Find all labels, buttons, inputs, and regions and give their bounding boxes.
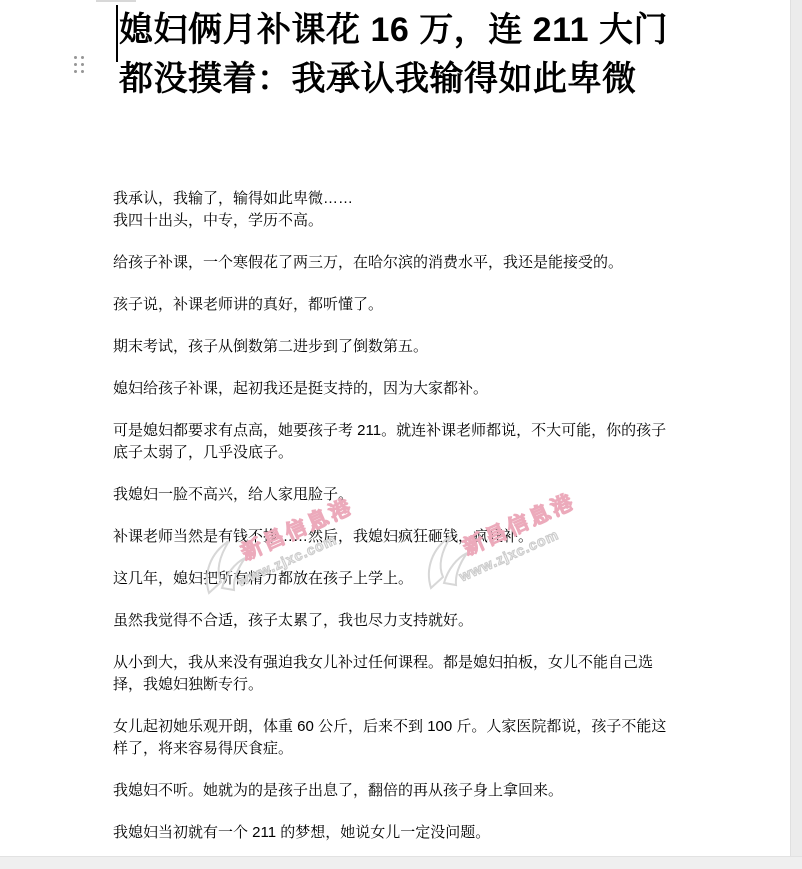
paragraph-line: 我承认，我输了，输得如此卑微…… [113, 190, 353, 207]
drag-handle-dot [81, 70, 84, 73]
paragraph-line: 期末考试，孩子从倒数第二进步到了倒数第五。 [113, 338, 428, 355]
vertical-scrollbar[interactable] [790, 0, 802, 857]
paragraph-line: 可是媳妇都要求有点高，她要孩子考 211。就连补课老师都说，不大可能，你的孩子底… [113, 422, 666, 461]
paragraph[interactable]: 媳妇给孩子补课，起初我还是挺支持的，因为大家都补。 [113, 378, 675, 400]
paragraph[interactable]: 我承认，我输了，输得如此卑微……我四十出头，中专，学历不高。 [113, 188, 675, 232]
drag-handle-icon[interactable] [74, 56, 86, 76]
paragraph-line: 女儿起初她乐观开朗，体重 60 公斤，后来不到 100 斤。人家医院都说，孩子不… [113, 718, 666, 757]
paragraph[interactable]: 补课老师当然是有钱不挣……然后，我媳妇疯狂砸钱，疯狂补。 [113, 526, 675, 548]
paragraph-line: 我媳妇当初就有一个 211 的梦想，她说女儿一定没问题。 [113, 824, 490, 841]
paragraph[interactable]: 虽然我觉得不合适，孩子太累了，我也尽力支持就好。 [113, 610, 675, 632]
drag-handle-dot [74, 56, 77, 59]
paragraph-line: 给孩子补课，一个寒假花了两三万，在哈尔滨的消费水平，我还是能接受的。 [113, 254, 623, 271]
paragraph[interactable]: 我媳妇不听。她就为的是孩子出息了，翻倍的再从孩子身上拿回来。 [113, 780, 675, 802]
paragraph[interactable]: 期末考试，孩子从倒数第二进步到了倒数第五。 [113, 336, 675, 358]
paragraph[interactable]: 这几年，媳妇把所有精力都放在孩子上学上。 [113, 568, 675, 590]
paragraph-line: 我媳妇不听。她就为的是孩子出息了，翻倍的再从孩子身上拿回来。 [113, 782, 563, 799]
paragraph[interactable]: 从小到大，我从来没有强迫我女儿补过任何课程。都是媳妇拍板，女儿不能自己选择，我媳… [113, 652, 675, 696]
paragraph[interactable]: 我媳妇一脸不高兴，给人家甩脸子。 [113, 484, 675, 506]
paragraph-line: 这几年，媳妇把所有精力都放在孩子上学上。 [113, 570, 413, 587]
drag-handle-dot [74, 70, 77, 73]
paragraph-line: 媳妇给孩子补课，起初我还是挺支持的，因为大家都补。 [113, 380, 488, 397]
article-body[interactable]: 我承认，我输了，输得如此卑微……我四十出头，中专，学历不高。给孩子补课，一个寒假… [113, 188, 675, 857]
paragraph[interactable]: 可是媳妇都要求有点高，她要孩子考 211。就连补课老师都说，不大可能，你的孩子底… [113, 420, 675, 464]
paragraph[interactable]: 孩子说，补课老师讲的真好，都听懂了。 [113, 294, 675, 316]
drag-handle-dot [81, 56, 84, 59]
drag-handle-dot [74, 63, 77, 66]
text-cursor [116, 5, 118, 62]
top-edge-marker [96, 0, 136, 2]
editor-page: 媳妇俩月补课花 16 万，连 211 大门都没摸着：我承认我输得如此卑微 我承认… [0, 0, 791, 857]
horizontal-scrollbar[interactable] [0, 856, 802, 869]
article-title[interactable]: 媳妇俩月补课花 16 万，连 211 大门都没摸着：我承认我输得如此卑微 [119, 6, 687, 104]
paragraph[interactable]: 我媳妇当初就有一个 211 的梦想，她说女儿一定没问题。 [113, 822, 675, 844]
paragraph-line: 孩子说，补课老师讲的真好，都听懂了。 [113, 296, 383, 313]
paragraph-line: 补课老师当然是有钱不挣……然后，我媳妇疯狂砸钱，疯狂补。 [113, 528, 533, 545]
paragraph[interactable]: 给孩子补课，一个寒假花了两三万，在哈尔滨的消费水平，我还是能接受的。 [113, 252, 675, 274]
paragraph-line: 虽然我觉得不合适，孩子太累了，我也尽力支持就好。 [113, 612, 473, 629]
drag-handle-dot [81, 63, 84, 66]
paragraph[interactable]: 女儿起初她乐观开朗，体重 60 公斤，后来不到 100 斤。人家医院都说，孩子不… [113, 716, 675, 760]
paragraph-line: 我四十出头，中专，学历不高。 [113, 212, 323, 229]
paragraph-line: 我媳妇一脸不高兴，给人家甩脸子。 [113, 486, 353, 503]
paragraph-line: 从小到大，我从来没有强迫我女儿补过任何课程。都是媳妇拍板，女儿不能自己选择，我媳… [113, 654, 653, 693]
